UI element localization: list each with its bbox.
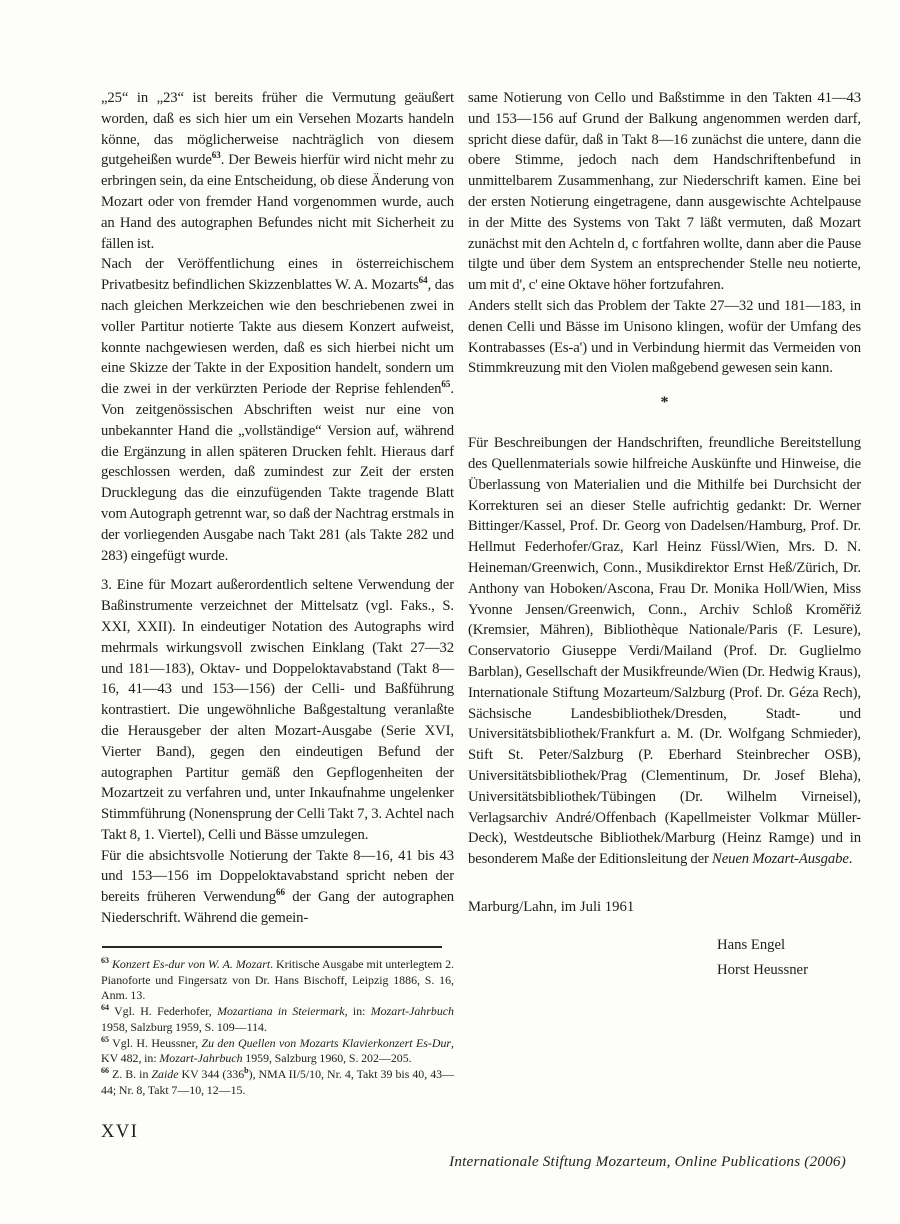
signature-block: Hans Engel Horst Heussner — [717, 933, 861, 983]
signature-horst-heussner: Horst Heussner — [717, 958, 861, 983]
left-paragraph-2: Nach der Veröffentlichung eines in öster… — [101, 254, 454, 566]
signature-hans-engel: Hans Engel — [717, 933, 861, 958]
left-paragraph-4: Für die absichtsvolle Notierung der Takt… — [101, 846, 454, 929]
asterisk-separator: * — [468, 395, 861, 411]
right-column: same Notierung von Cello und Baßstimme i… — [468, 88, 861, 983]
dateline: Marburg/Lahn, im Juli 1961 — [468, 897, 861, 918]
page-number: XVI — [101, 1122, 138, 1143]
footnote-64: 64 Vgl. H. Federhofer, Mozartiana in Ste… — [101, 1004, 454, 1035]
footnote-separator-rule — [102, 946, 442, 948]
left-column: „25“ in „23“ ist bereits früher die Verm… — [101, 88, 454, 929]
left-paragraph-3: 3. Eine für Mozart außerordentlich selte… — [101, 575, 454, 845]
acknowledgments-paragraph: Für Beschreibungen der Handschriften, fr… — [468, 433, 861, 870]
right-paragraph-2: Anders stellt sich das Problem der Takte… — [468, 296, 861, 379]
publication-footer: Internationale Stiftung Mozarteum, Onlin… — [449, 1153, 846, 1171]
document-page: „25“ in „23“ ist bereits früher die Verm… — [0, 0, 900, 1224]
footnote-66: 66 Z. B. in Zaide KV 344 (336b), NMA II/… — [101, 1067, 454, 1098]
footnote-section: 63 Konzert Es-dur von W. A. Mozart. Krit… — [101, 957, 454, 1098]
footnote-63: 63 Konzert Es-dur von W. A. Mozart. Krit… — [101, 957, 454, 1004]
left-paragraph-1: „25“ in „23“ ist bereits früher die Verm… — [101, 88, 454, 254]
right-paragraph-1: same Notierung von Cello und Baßstimme i… — [468, 88, 861, 296]
footnote-65: 65 Vgl. H. Heussner, Zu den Quellen von … — [101, 1036, 454, 1067]
